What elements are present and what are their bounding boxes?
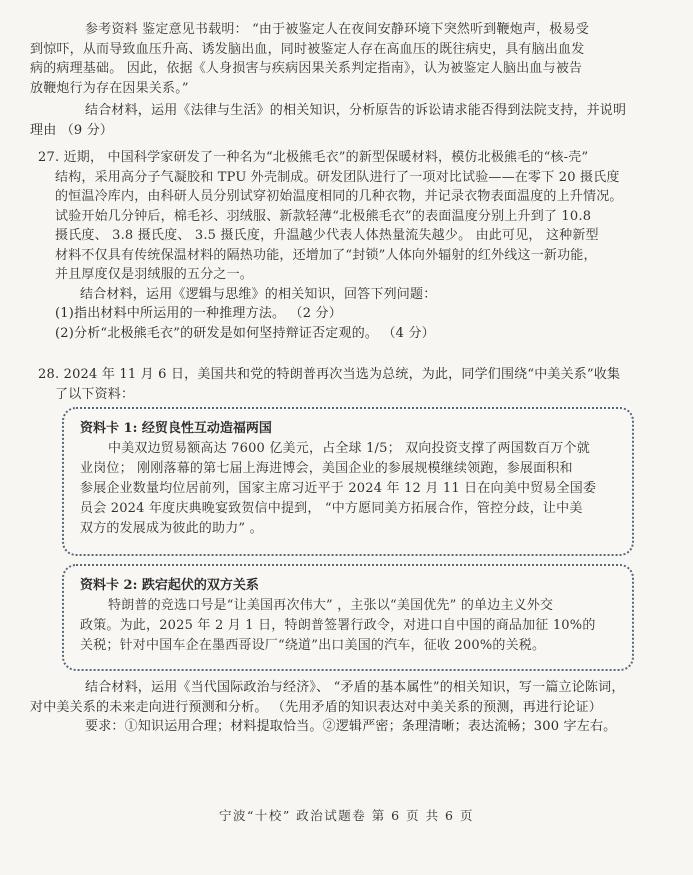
text-line: 员会 2024 年度庆典晚宴致贺信中提到， “中方愿同美方拓展合作，管控分歧，让… — [80, 499, 618, 519]
question-26-task: 结合材料，运用《法律与生活》的相关知识，分析原告的诉讼请求能否得到法院支持，并说… — [30, 101, 666, 140]
page-footer: 宁波“十校” 政治试题卷 第 6 页 共 6 页 — [0, 806, 693, 824]
question-28-task: 结合材料，运用《当代国际政治与经济》、 “矛盾的基本属性”的相关知识，写一篇立论… — [30, 678, 666, 737]
text-line: 的恒温冷库内，由科研人员分别试穿初始温度相同的几种衣物，并记录衣物表面温度的上升… — [30, 187, 666, 207]
text-line: 特朗普的竞选口号是“让美国再次伟大” ，主张以“美国优先” 的单边主义外交 — [80, 596, 618, 616]
question-number-line: 28. 2024 年 11 月 6 日，美国共和党的特朗普再次当选为总统，为此，… — [30, 365, 666, 385]
sub-question-2: (2)分析“北极熊毛衣”的研发是如何坚持辩证否定观的。 （4 分） — [30, 324, 666, 344]
text-line: 摄氏度、 3.8 摄氏度、 3.5 摄氏度，升温越少代表人体热量流失越少。 由此… — [30, 226, 666, 246]
text-line: 结合材料，运用《当代国际政治与经济》、 “矛盾的基本属性”的相关知识，写一篇立论… — [30, 678, 666, 698]
card-1-title: 资料卡 1: 经贸良性互动造福两国 — [80, 418, 618, 439]
text-line: 中美双边贸易额高达 7600 亿美元，占全球 1/5； 双向投资支撑了两国数百万… — [80, 439, 618, 459]
text-line: 材料不仅具有传统保温材料的隔热功能，还增加了“封锁”人体向外辐射的红外线这一新功… — [30, 246, 666, 266]
question-26-material: 参考资料 鉴定意见书载明： “由于被鉴定人在夜间安静环境下突然听到鞭炮声，极易受… — [30, 20, 666, 98]
text-line: 并且厚度仅是羽绒服的五分之一。 — [30, 265, 666, 285]
exam-paper-page: 参考资料 鉴定意见书载明： “由于被鉴定人在夜间安静环境下突然听到鞭炮声，极易受… — [0, 0, 693, 875]
question-28-intro: 28. 2024 年 11 月 6 日，美国共和党的特朗普再次当选为总统，为此，… — [30, 365, 666, 404]
text-line: 试验开始几分钟后，棉毛衫、羽绒服、新款轻薄“北极熊毛衣”的表面温度分别上升到了 … — [30, 207, 666, 227]
text-line: 结合材料，运用《逻辑与思维》的相关知识，回答下列问题： — [30, 285, 666, 305]
text-line: 参展企业数量均位居前列，国家主席习近平于 2024 年 12 月 11 日在向美… — [80, 479, 618, 499]
text-line: 关税；针对中国车企在墨西哥设厂“绕道”出口美国的汽车，征收 200%的关税。 — [80, 636, 618, 656]
text-line: 病的病理基础。 因此，依据《人身损害与疾病因果关系判定指南》，认为被鉴定人脑出血… — [30, 59, 666, 79]
text-line: 双方的发展成为彼此的助力” 。 — [80, 519, 618, 539]
sub-question-1: (1)指出材料中所运用的一种推理方法。 （2 分） — [30, 304, 666, 324]
text-line: 政策。为此，2025 年 2 月 1 日，特朗普签署行政令，对进口自中国的商品加… — [80, 616, 618, 636]
text-line: 业岗位； 刚刚落幕的第七届上海进博会，美国企业的参展规模继续领跑，参展面积和 — [80, 459, 618, 479]
text-line: 了以下资料： — [30, 385, 666, 405]
requirements-line: 要求：①知识运用合理；材料提取恰当。②逻辑严密；条理清晰；表达流畅；300 字左… — [30, 717, 666, 737]
text-line: 理由 （9 分） — [30, 121, 666, 141]
question-27: 27. 近期， 中国科学家研发了一种名为“北极熊毛衣”的新型保暖材料，模仿北极熊… — [30, 148, 666, 343]
question-number-line: 27. 近期， 中国科学家研发了一种名为“北极熊毛衣”的新型保暖材料，模仿北极熊… — [30, 148, 666, 168]
text-line: 参考资料 鉴定意见书载明： “由于被鉴定人在夜间安静环境下突然听到鞭炮声，极易受 — [30, 20, 666, 40]
text-line: 到惊吓，从而导致血压升高、诱发脑出血，同时被鉴定人存在高血压的既往病史，具有脑出… — [30, 40, 666, 60]
text-line: 结合材料，运用《法律与生活》的相关知识，分析原告的诉讼请求能否得到法院支持，并说… — [30, 101, 666, 121]
text-line: 对中美关系的未来走向进行预测和分析。 （先用矛盾的知识表达对中美关系的预测，再进… — [30, 698, 666, 718]
material-card-1: 资料卡 1: 经贸良性互动造福两国 中美双边贸易额高达 7600 亿美元，占全球… — [62, 407, 634, 556]
text-line: 放鞭炮行为存在因果关系。” — [30, 79, 666, 99]
material-card-2: 资料卡 2: 跌宕起伏的双方关系 特朗普的竞选口号是“让美国再次伟大” ，主张以… — [62, 564, 634, 671]
card-2-title: 资料卡 2: 跌宕起伏的双方关系 — [80, 575, 618, 596]
text-line: 结构，采用高分子气凝胶和 TPU 外壳制成。研发团队进行了一项对比试验——在零下… — [30, 168, 666, 188]
